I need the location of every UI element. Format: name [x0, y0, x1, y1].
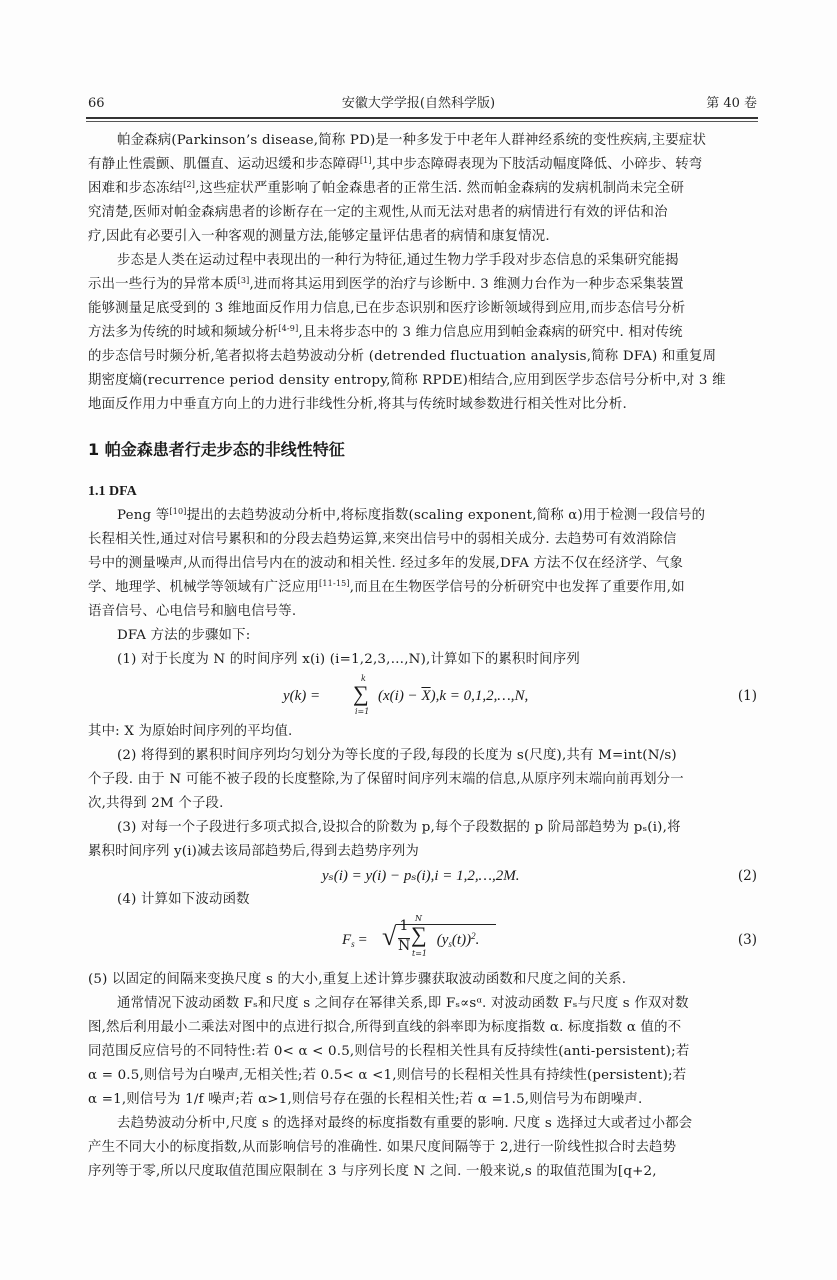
summation-icon: ∑ — [411, 924, 427, 946]
citation-ref[interactable]: [10] — [169, 507, 186, 516]
p3-line-1: Peng 等[10]提出的去趋势波动分析中,将标度指数(scaling expo… — [117, 506, 758, 526]
eq3-body-rest: (t)) — [452, 932, 471, 948]
step-2-line-2: 个子段. 由于 N 可能不被子段的长度整除,为了保留时间序列末端的信息,从原序列… — [88, 770, 758, 790]
eq1-xbar: X — [421, 688, 430, 704]
p2-line-4: 方法多为传统的时域和频域分析[4-9],且未将步态中的 3 维力信息应用到帕金森… — [88, 323, 758, 343]
eq1-note: 其中: X 为原始时间序列的平均值. — [88, 722, 758, 742]
p1-line-2: 有静止性震颤、肌僵直、运动迟缓和步态障碍[1],其中步态障碍表现为下肢活动幅度降… — [88, 155, 758, 175]
p4-line-1: 通常情况下波动函数 Fₛ和尺度 s 之间存在幂律关系,即 Fₛ∝sᵅ. 对波动函… — [117, 994, 758, 1014]
p1-text: 困难和步态冻结 — [88, 181, 183, 196]
eq2-number: (2) — [738, 866, 757, 886]
p5-line-3: 序列等于零,所以尺度取值范围应限制在 3 与序列长度 N 之间. 一般来说,s … — [88, 1162, 758, 1182]
p1-text: 有静止性震颤、肌僵直、运动迟缓和步态障碍 — [88, 157, 360, 172]
p2-line-7: 地面反作用力中垂直方向上的力进行非线性分析,将其与传统时域参数进行相关性对比分析… — [88, 395, 758, 415]
p1-text: ,这些症状严重影响了帕金森患者的正常生活. 然而帕金森病的发病机制尚未完全研 — [195, 181, 684, 196]
step-5: (5) 以固定的间隔来变换尺度 s 的大小,重复上述计算步骤获取波动函数和尺度之… — [88, 970, 758, 990]
eq1-rhs: (x(i) − X),k = 0,1,2,…,N, — [378, 686, 528, 706]
eq1-number: (1) — [738, 686, 757, 706]
eq3-body-a: (y — [437, 932, 449, 948]
step-2-line-3: 次,共得到 2M 个子段. — [88, 794, 758, 814]
p1-text: ,其中步态障碍表现为下肢活动幅度降低、小碎步、转弯 — [372, 157, 703, 172]
journal-page: 66 安徽大学学报(自然科学版) 第 40 卷 帕金森病(Parkinson’s… — [0, 0, 837, 1280]
p2-text: 方法多为传统的时域和频域分析 — [88, 325, 278, 340]
citation-ref[interactable]: [1] — [360, 156, 372, 165]
summation-icon: ∑ — [353, 683, 369, 705]
eq3-end: . — [476, 932, 480, 948]
p3-line-4: 学、地理学、机械学等领域有广泛应用[11-15],而且在生物医学信号的分析研究中… — [88, 578, 758, 598]
eq3-F: F — [342, 932, 351, 948]
p3-text: 学、地理学、机械学等领域有广泛应用 — [88, 580, 319, 595]
eq3-body: (ys(t))2. — [433, 930, 479, 954]
step-1: (1) 对于长度为 N 的时间序列 x(i) (i=1,2,3,…,N),计算如… — [117, 650, 758, 670]
p3-line-5: 语音信号、心电信号和脑电信号等. — [88, 602, 758, 622]
p3-text: Peng 等 — [117, 508, 169, 523]
equation-2: yₛ(i) = y(i) − pₛ(i),i = 1,2,…,2M. — [322, 866, 520, 886]
p2-line-5: 的步态信号时频分析,笔者拟将去趋势波动分析 (detrended fluctua… — [88, 347, 758, 367]
eq3-frac-den: N — [398, 938, 410, 954]
p5-line-2: 产生不同大小的标度指数,从而影响信号的准确性. 如果尺度间隔等于 2,进行一阶线… — [88, 1138, 758, 1158]
p2-line-3: 能够测量足底受到的 3 维地面反作用力信息,已在步态识别和医疗诊断领域得到应用,… — [88, 299, 758, 319]
p1-line-3: 困难和步态冻结[2],这些症状严重影响了帕金森患者的正常生活. 然而帕金森病的发… — [88, 179, 758, 199]
p2-line-6: 期密度熵(recurrence period density entropy,简… — [88, 371, 758, 391]
p2-text: 示出一些行为的异常本质 — [88, 277, 238, 292]
volume-label: 第 40 卷 — [706, 95, 757, 113]
p3-line-3: 号中的测量噪声,从而得出信号内在的波动和相关性. 经过多年的发展,DFA 方法不… — [88, 554, 758, 574]
eq3-number: (3) — [738, 930, 757, 950]
header-rule-thick — [86, 117, 758, 119]
eq1-lhs: y(k) = — [283, 686, 320, 706]
p2-line-1: 步态是人类在运动过程中表现出的一种行为特征,通过生物力学手段对步态信息的采集研究… — [117, 251, 758, 271]
p4-line-5: α =1,则信号为 1/f 噪声;若 α>1,则信号存在强的长程相关性;若 α … — [88, 1090, 758, 1110]
steps-intro: DFA 方法的步骤如下: — [117, 626, 758, 646]
header-rule-thin — [86, 121, 758, 122]
p3-line-2: 长程相关性,通过对信号累积和的分段去趋势运算,来突出信号中的弱相关成分. 去趋势… — [88, 530, 758, 550]
citation-ref[interactable]: [2] — [183, 180, 195, 189]
sqrt-icon: √ — [382, 924, 396, 950]
eq1-rhs-b: ),k = 0,1,2,…,N, — [431, 688, 529, 704]
citation-ref[interactable]: [3] — [238, 276, 250, 285]
p3-text: ,而且在生物医学信号的分析研究中也发挥了重要作用,如 — [350, 580, 685, 595]
eq3-equals: = — [355, 932, 367, 948]
step-2-line-1: (2) 将得到的累积时间序列均匀划分为等长度的子段,每段的长度为 s(尺度),共… — [117, 746, 758, 766]
step-4: (4) 计算如下波动函数 — [117, 890, 758, 910]
citation-ref[interactable]: [11-15] — [319, 579, 350, 588]
eq3-sum-lower: t=1 — [412, 949, 427, 958]
eq1-sum-lower: i=1 — [355, 707, 369, 716]
p4-line-4: α = 0.5,则信号为白噪声,无相关性;若 0.5< α <1,则信号的长程相… — [88, 1066, 758, 1086]
citation-ref[interactable]: [4-9] — [278, 324, 298, 333]
p2-line-2: 示出一些行为的异常本质[3],进而将其运用到医学的治疗与诊断中. 3 维测力台作… — [88, 275, 758, 295]
eq3-lhs: Fs = — [342, 930, 367, 954]
section-heading-1-1: 1.1 DFA — [88, 482, 137, 502]
p5-line-1: 去趋势波动分析中,尺度 s 的选择对最终的标度指数有重要的影响. 尺度 s 选择… — [117, 1114, 758, 1134]
step-3-line-2: 累积时间序列 y(i)减去该局部趋势后,得到去趋势序列为 — [88, 842, 758, 862]
step-3-line-1: (3) 对每一个子段进行多项式拟合,设拟合的阶数为 p,每个子段数据的 p 阶局… — [117, 818, 758, 838]
p1-line-5: 疗,因此有必要引入一种客观的测量方法,能够定量评估患者的病情和康复情况. — [88, 227, 758, 247]
eq3-frac-num: 1 — [398, 918, 410, 934]
p1-line-4: 究清楚,医师对帕金森病患者的诊断存在一定的主观性,从而无法对患者的病情进行有效的… — [88, 203, 758, 223]
p2-text: ,进而将其运用到医学的治疗与诊断中. 3 维测力台作为一种步态采集装置 — [249, 277, 683, 292]
p2-text: ,且未将步态中的 3 维力信息应用到帕金森病的研究中. 相对传统 — [298, 325, 682, 340]
p3-text: 提出的去趋势波动分析中,将标度指数(scaling exponent,简称 α)… — [187, 508, 706, 523]
p4-line-3: 同范围反应信号的不同特性:若 0< α < 0.5,则信号的长程相关性具有反持续… — [88, 1042, 758, 1062]
p4-line-2: 图,然后利用最小二乘法对图中的点进行拟合,所得到直线的斜率即为标度指数 α. 标… — [88, 1018, 758, 1038]
section-heading-1: 1 帕金森患者行走步态的非线性特征 — [88, 439, 345, 461]
p1-line-1: 帕金森病(Parkinson’s disease,简称 PD)是一种多发于中老年… — [117, 131, 758, 151]
eq1-rhs-a: (x(i) − — [378, 688, 421, 704]
